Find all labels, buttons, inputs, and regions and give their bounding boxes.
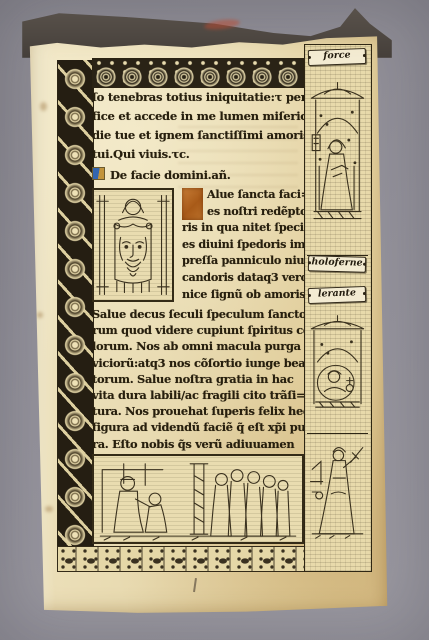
foxing-spot <box>37 312 43 318</box>
text-line: candoris dataq3 vero/ <box>182 269 304 286</box>
woman-with-sword-woodcut <box>307 433 368 550</box>
veronica-veil-woodcut <box>92 188 174 302</box>
rubric-line: De facie domini.añ. <box>92 164 304 186</box>
text-line: Salue decus ſeculi ſpeculum ſancto <box>92 306 304 322</box>
hymn-opening-row: Alue ſancta faci= es noſtri redẽpto ris … <box>92 186 304 306</box>
hymn-full-lines: Salue decus ſeculi ſpeculum ſancto rum q… <box>92 306 304 452</box>
painted-initial-S <box>182 188 203 220</box>
text-line: torum. Salue noſtra gratia in hac <box>92 371 304 387</box>
text-line: fice et accede in me lumen miſericor= <box>92 107 304 126</box>
bust-medallion-woodcut <box>307 305 368 431</box>
hymn-side-column: Alue ſancta faci= es noſtri redẽpto ris … <box>182 186 304 302</box>
banner-holoferne: holoferne <box>308 255 366 273</box>
text-line: viciorũ:atq3 nos cõſortio iunge bea= <box>92 355 304 371</box>
text-line: lorum. Nos ab omni macula purga <box>92 338 304 354</box>
text-line: nice ſignũ ob amoris. <box>182 286 304 303</box>
text-line: es diuini ſpedoris im= <box>182 236 304 253</box>
text-line: figura ad videndũ faciẽ q̃ eſt xp̃i pu <box>92 419 304 435</box>
text-line: die tue et ignem ſanctiſſimi amoris <box>92 126 304 145</box>
seated-virtue-woodcut <box>307 67 368 256</box>
left-floral-border-woodcut <box>57 60 94 548</box>
book-of-hours-leaf: ſo tenebras totius iniquitatie:τ per= fi… <box>28 30 392 614</box>
latin-text-block: ſo tenebras totius iniquitatie:τ per= fi… <box>92 88 304 454</box>
foxing-spot <box>40 102 47 111</box>
top-rosette-border-woodcut <box>92 58 304 88</box>
text-line: tui.Qui viuis.τc. <box>92 145 304 164</box>
text-line: preſſa panniculo niuei <box>182 252 304 269</box>
right-border-column: force holoferne lerante <box>304 44 372 572</box>
banner-lerante: lerante <box>308 286 367 304</box>
photo-of-manuscript-leaf: ſo tenebras totius iniquitatie:τ per= fi… <box>0 0 429 640</box>
gutter-margin <box>28 38 55 614</box>
text-line: ſo tenebras totius iniquitatie:τ per= <box>92 88 304 107</box>
pen-mark <box>193 578 196 592</box>
foxing-spot <box>45 506 53 512</box>
text-line: ra. Eſto nobis q̃s verũ adiuuamen <box>92 436 304 452</box>
figural-scene-woodcut <box>92 454 304 544</box>
banner-force: force <box>308 48 367 66</box>
text-line: rum quod videre cupiunt ſpiritus ce <box>92 322 304 338</box>
illuminated-initial-small <box>92 167 105 180</box>
text-line: vita dura labili/ac fragili cito trãſi= <box>92 387 304 403</box>
text-line: tura. Nos prouehat ſuperis felix hec <box>92 403 304 419</box>
rubric-text: De facie domini.añ. <box>110 168 231 182</box>
text-line: ris in qua nitet ſpeci= <box>182 219 304 236</box>
